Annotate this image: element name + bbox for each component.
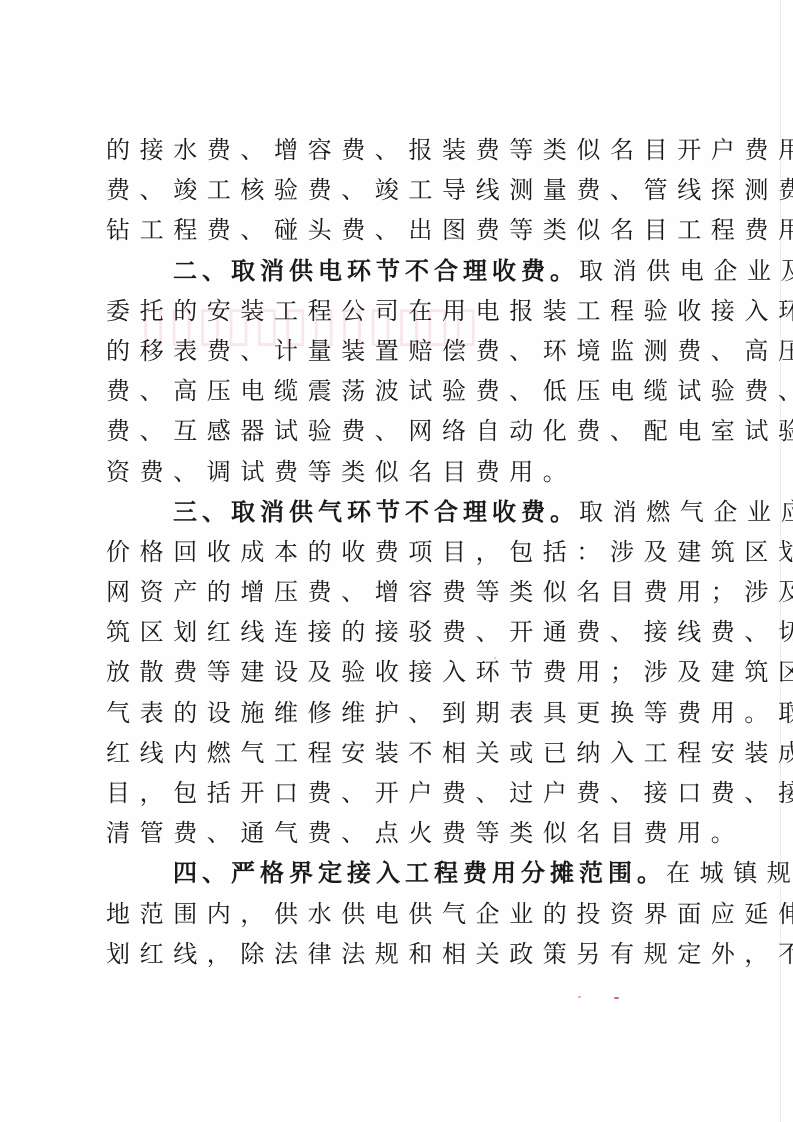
section-heading: 四、严格界定接入工程费用分摊范围。 — [173, 859, 666, 887]
text-line: 价格回收成本的收费项目，包括：涉及建筑区划红线外市政管 — [106, 532, 690, 572]
text-line: 资费、调试费等类似名目费用。 — [106, 452, 690, 492]
ink-speck — [614, 997, 619, 999]
text-run: 在城镇规划建设用 — [666, 859, 793, 887]
section-heading: 二、取消供电环节不合理收费。 — [173, 257, 579, 285]
document-page: ▯▯▯▯▯▯▯▯▯▯▯▯ 的接水费、增容费、报装费等类似名目开户费用，以及开关闸… — [0, 0, 793, 1122]
text-line: 划红线，除法律法规和相关政策另有规定外，不得由用户承担 — [106, 934, 690, 974]
text-line: 四、严格界定接入工程费用分摊范围。在城镇规划建设用 — [106, 853, 690, 893]
text-line: 委托的安装工程公司在用电报装工程验收接入环节向用户收取 — [106, 291, 690, 331]
text-line: 二、取消供电环节不合理收费。取消供电企业及其所属或 — [106, 251, 690, 291]
text-line: 费、互感器试验费、网络自动化费、配电室试验费、开闭站集 — [106, 411, 690, 451]
text-line: 钻工程费、碰头费、出图费等类似名目工程费用。 — [106, 210, 690, 250]
text-line: 的移表费、计量装置赔偿费、环境监测费、高压电缆介损试验 — [106, 331, 690, 371]
text-line: 筑区划红线连接的接驳费、开通费、接线费、切线费、吹扫费、 — [106, 612, 690, 652]
text-line: 费、竣工核验费、竣工导线测量费、管线探测费、勾头费、水 — [106, 170, 690, 210]
text-run: 取消燃气企业应通过配气 — [579, 498, 793, 526]
text-line: 目，包括开口费、开户费、过户费、接口费、接入费、入网费、 — [106, 773, 690, 813]
text-run: 取消供电企业及其所属或 — [579, 257, 793, 285]
text-line: 网资产的增压费、增容费等类似名目费用；涉及市政管网至建 — [106, 572, 690, 612]
text-line: 红线内燃气工程安装不相关或已纳入工程安装成本的收费项 — [106, 733, 690, 773]
text-line: 费、高压电缆震荡波试验费、低压电缆试验费、低压计量检测 — [106, 371, 690, 411]
paragraph-gas: 三、取消供气环节不合理收费。取消燃气企业应通过配气 价格回收成本的收费项目，包括… — [106, 492, 690, 854]
text-line: 地范围内，供水供电供气企业的投资界面应延伸至用户建筑区 — [106, 894, 690, 934]
paragraph-electricity: 二、取消供电环节不合理收费。取消供电企业及其所属或 委托的安装工程公司在用电报装… — [106, 251, 690, 492]
paragraph-cost-sharing: 四、严格界定接入工程费用分摊范围。在城镇规划建设用 地范围内，供水供电供气企业的… — [106, 853, 690, 974]
paragraph-water-fees: 的接水费、增容费、报装费等类似名目开户费用，以及开关闸 费、竣工核验费、竣工导线… — [106, 130, 690, 251]
text-line: 清管费、通气费、点火费等类似名目费用。 — [106, 813, 690, 853]
text-line: 放散费等建设及验收接入环节费用；涉及建筑区划红线内至燃 — [106, 652, 690, 692]
text-line: 的接水费、增容费、报装费等类似名目开户费用，以及开关闸 — [106, 130, 690, 170]
section-heading: 三、取消供气环节不合理收费。 — [173, 498, 579, 526]
ink-speck — [578, 996, 581, 998]
text-line: 气表的设施维修维护、到期表具更换等费用。取消与建筑区划 — [106, 693, 690, 733]
document-body: 的接水费、增容费、报装费等类似名目开户费用，以及开关闸 费、竣工核验费、竣工导线… — [106, 130, 690, 974]
text-line: 三、取消供气环节不合理收费。取消燃气企业应通过配气 — [106, 492, 690, 532]
